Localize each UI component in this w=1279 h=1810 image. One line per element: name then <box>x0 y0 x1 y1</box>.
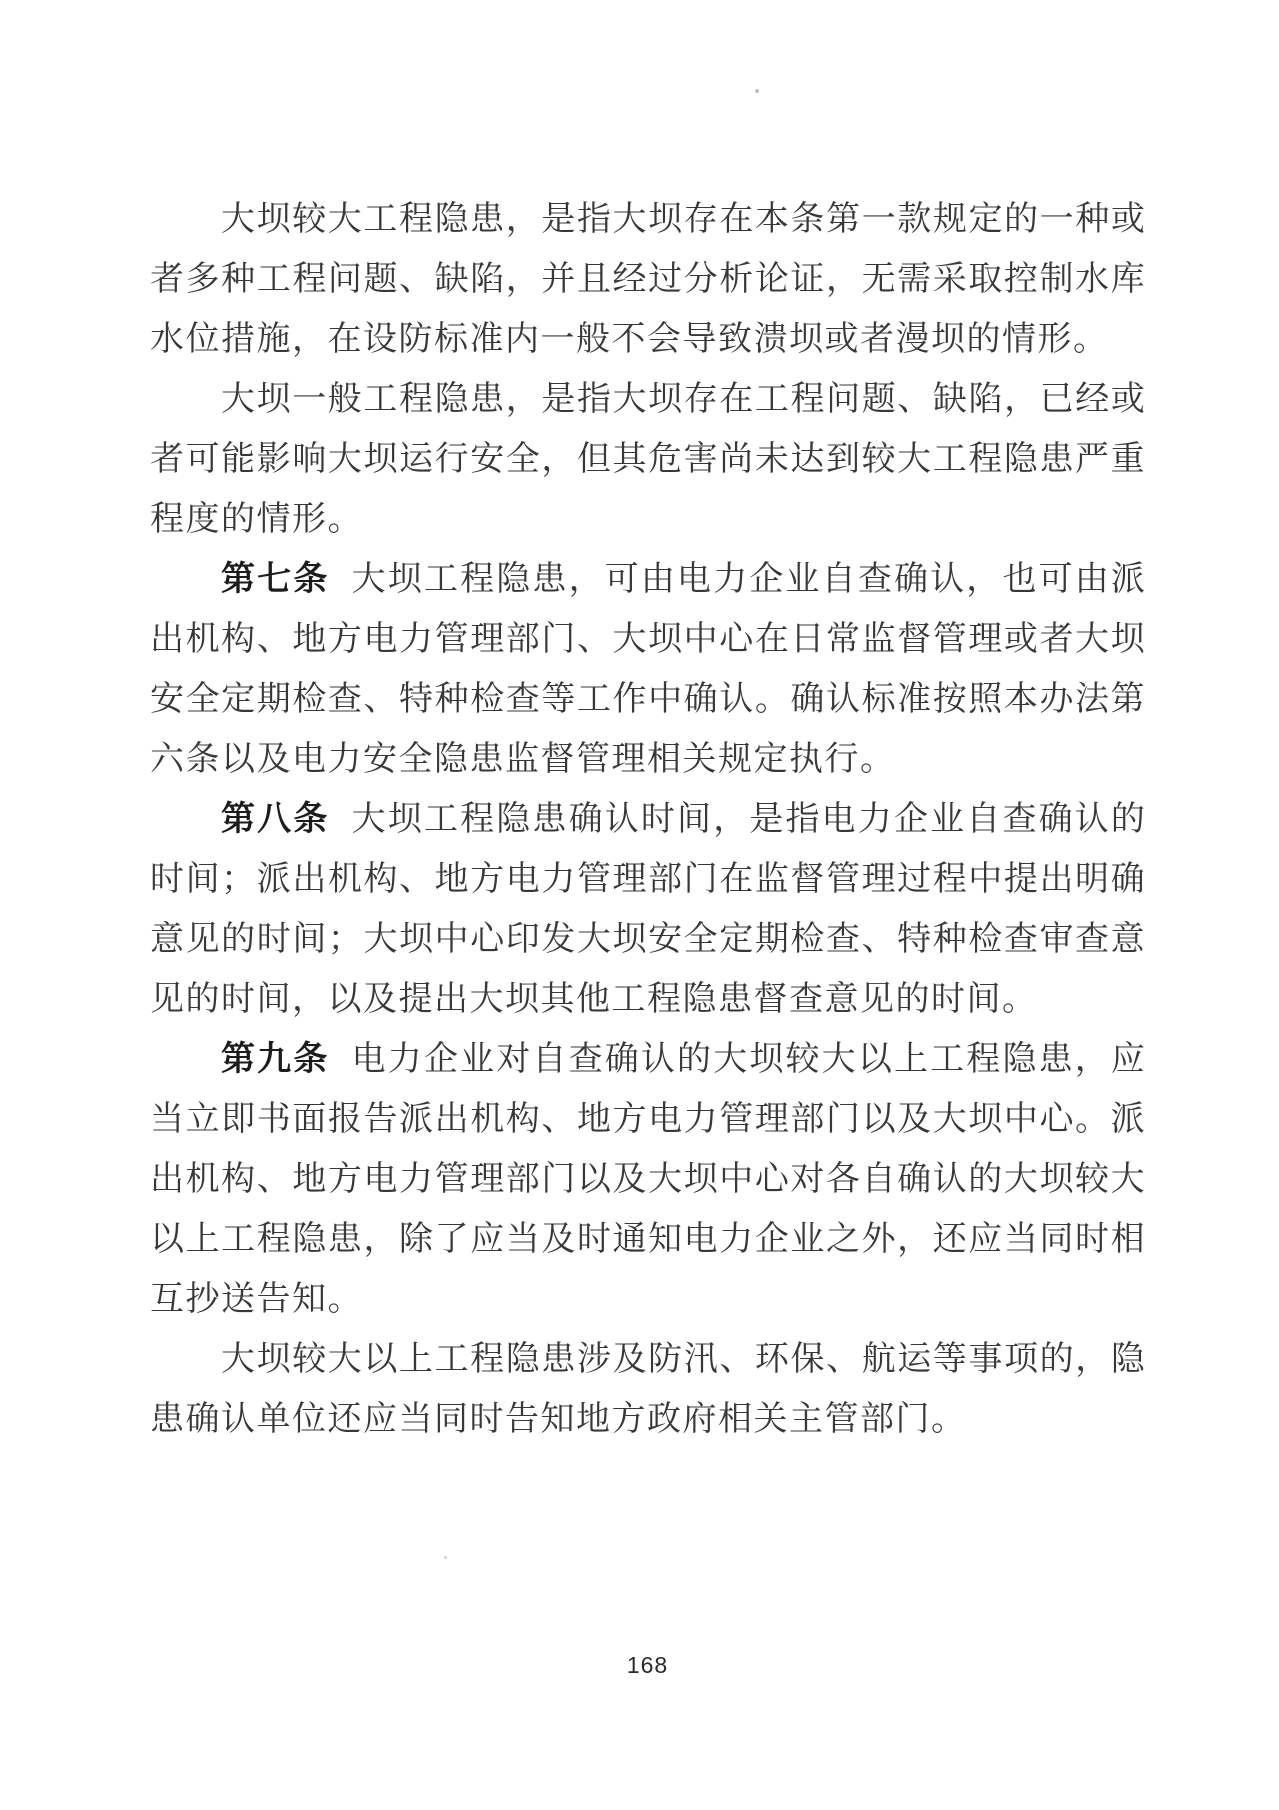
text-run: 患确认单位还应当同时告知地方政府相关主管部门。 <box>150 1391 967 1440</box>
text-char: 问 <box>826 371 860 420</box>
text-char: 中 <box>684 611 718 660</box>
text-char: 防 <box>648 1331 682 1380</box>
text-char: 理 <box>755 1091 789 1140</box>
text-char: 派 <box>1111 1091 1145 1140</box>
text-char: 企 <box>424 1031 458 1080</box>
text-char: 确 <box>1111 851 1145 900</box>
text-char: 对 <box>496 1031 530 1080</box>
text-char: 地 <box>577 1091 611 1140</box>
text-char: 查 <box>569 1031 603 1080</box>
text-char: 隐 <box>435 191 469 240</box>
text-line: 时间；派出机构、地方电力管理部门在监督管理过程中提出明确 <box>150 845 1145 905</box>
text-char: 间 <box>677 791 711 840</box>
text-char: 电 <box>648 1091 682 1140</box>
text-char: ， <box>506 371 540 420</box>
text-char: 题 <box>363 251 397 300</box>
text-char: 中 <box>1004 1091 1038 1140</box>
text-char: 各 <box>826 1151 860 1200</box>
text-line: 意见的时间；大坝中心印发大坝安全定期检查、特种检查审查意 <box>150 905 1145 965</box>
text-char: 当 <box>506 1211 540 1260</box>
text-char: 心 <box>755 1151 789 1200</box>
text-char: 企 <box>749 551 783 600</box>
text-char: 全 <box>186 671 220 720</box>
text-char: 业 <box>786 551 820 600</box>
text-char: 在 <box>719 851 753 900</box>
text-char: 确 <box>790 671 824 720</box>
text-char: 部 <box>790 1091 824 1140</box>
text-char: 能 <box>221 431 255 480</box>
text-char: 、 <box>399 251 433 300</box>
text-line: 第八条大坝工程隐患确认时间，是指电力企业自查确认的 <box>150 785 1145 845</box>
text-char: 印 <box>506 911 540 960</box>
text-char: 经 <box>613 251 647 300</box>
text-char: 查 <box>1075 911 1109 960</box>
text-char: 电 <box>822 791 856 840</box>
text-char: 查 <box>328 671 362 720</box>
text-char: 力 <box>719 1211 753 1260</box>
text-char: 论 <box>755 251 789 300</box>
text-char: 大 <box>328 191 362 240</box>
text-char: 意 <box>150 911 184 960</box>
page-number: 168 <box>150 1652 1145 1679</box>
text-char: 了 <box>435 1211 469 1260</box>
text-char: 等 <box>933 1331 967 1380</box>
text-char: 大 <box>1111 1151 1145 1200</box>
text-char: 工 <box>577 671 611 720</box>
text-char: 及 <box>897 1091 931 1140</box>
text-char: 的 <box>677 1031 711 1080</box>
text-char: 程 <box>968 431 1002 480</box>
text-char: 地 <box>292 611 326 660</box>
text-char: 构 <box>221 1151 255 1200</box>
text-char: 出 <box>292 851 326 900</box>
text-char: 以 <box>862 1091 896 1140</box>
text-char: 是 <box>541 371 575 420</box>
text-char: 认 <box>933 1151 967 1200</box>
text-char: 种 <box>221 251 255 300</box>
text-char: 并 <box>541 251 575 300</box>
text-char: 机 <box>328 851 362 900</box>
text-char: 工 <box>363 191 397 240</box>
text-char: 程 <box>257 1211 291 1260</box>
text-char: 及 <box>613 1331 647 1380</box>
text-char: ， <box>1075 1331 1109 1380</box>
text-line: 安全定期检查、特种检查等工作中确认。确认标准按照本办法第 <box>150 665 1145 725</box>
article-number-char: 七 <box>257 551 291 600</box>
text-char: 在 <box>755 611 789 660</box>
text-char: 心 <box>470 911 504 960</box>
text-char: 地 <box>435 851 469 900</box>
text-char: 期 <box>257 671 291 720</box>
text-char: 面 <box>292 1091 326 1140</box>
text-char: 由 <box>641 551 675 600</box>
text-line: 第九条电力企业对自查确认的大坝较大以上工程隐患，应 <box>150 1025 1145 1085</box>
text-char: 环 <box>755 1331 789 1380</box>
text-char: 准 <box>897 671 931 720</box>
text-char: 害 <box>684 431 718 480</box>
text-char: 或 <box>1111 371 1145 420</box>
text-char: 派 <box>399 1091 433 1140</box>
text-char: 达 <box>790 431 824 480</box>
text-char: 派 <box>1111 551 1145 600</box>
text-char: 确 <box>605 1031 639 1080</box>
text-char: 指 <box>786 791 820 840</box>
text-line: 当立即书面报告派出机构、地方电力管理部门以及大坝中心。派 <box>150 1085 1145 1145</box>
text-char: 陷 <box>968 371 1002 420</box>
text-char: 分 <box>684 251 718 300</box>
text-char: 认 <box>641 1031 675 1080</box>
text-char: ； <box>221 851 255 900</box>
text-char: 需 <box>897 251 931 300</box>
text-char: 应 <box>470 1211 504 1260</box>
text-char: 间 <box>292 911 326 960</box>
text-char: 种 <box>1075 191 1109 240</box>
text-char: 危 <box>648 431 682 480</box>
text-char: 期 <box>755 911 789 960</box>
text-char: 时 <box>641 791 675 840</box>
text-char: 见 <box>186 911 220 960</box>
text-char: 的 <box>1004 191 1038 240</box>
text-char: 一 <box>292 371 326 420</box>
text-char: ， <box>1004 371 1038 420</box>
text-line: 水位措施，在设防标准内一般不会导致溃坝或者漫坝的情形。 <box>150 305 1145 365</box>
text-char: 确 <box>684 671 718 720</box>
text-char: 的 <box>221 911 255 960</box>
text-char: 提 <box>1004 851 1038 900</box>
text-char: 证 <box>790 251 824 300</box>
text-char: 监 <box>755 851 789 900</box>
text-char: 工 <box>933 431 967 480</box>
text-char: 运 <box>399 431 433 480</box>
text-run: 互抄送告知。 <box>150 1271 363 1320</box>
text-char: 派 <box>257 851 291 900</box>
text-char: 门 <box>684 851 718 900</box>
text-char: ， <box>826 251 860 300</box>
text-char: 知 <box>648 1211 682 1260</box>
text-char: 大 <box>352 791 386 840</box>
text-char: 以 <box>577 1151 611 1200</box>
text-char: 、 <box>541 1091 575 1140</box>
text-char: 业 <box>930 791 964 840</box>
text-char: 坝 <box>257 191 291 240</box>
text-line: 六条以及电力安全隐患监督管理相关规定执行。 <box>150 725 1145 785</box>
text-char: 力 <box>684 1091 718 1140</box>
text-char: 认 <box>1075 791 1109 840</box>
text-char: ； <box>328 911 362 960</box>
text-char: 按 <box>933 671 967 720</box>
text-char: 通 <box>613 1211 647 1260</box>
text-char: 或 <box>1111 191 1145 240</box>
text-char: 项 <box>1004 1331 1038 1380</box>
text-char: 、 <box>257 611 291 660</box>
text-char: 程 <box>460 791 494 840</box>
text-line: 者多种工程问题、缺陷，并且经过分析论证，无需采取控制水库 <box>150 245 1145 305</box>
text-char: 查 <box>858 551 892 600</box>
text-char: 。 <box>755 671 789 720</box>
scan-speck <box>444 1556 447 1559</box>
text-char: 尚 <box>719 431 753 480</box>
text-char: 未 <box>755 431 789 480</box>
text-char: 确 <box>569 791 603 840</box>
text-char: 构 <box>506 1091 540 1140</box>
text-char: 方 <box>613 1091 647 1140</box>
text-char: 患 <box>1039 1031 1073 1080</box>
text-char: 大 <box>613 191 647 240</box>
text-line: 第七条大坝工程隐患，可由电力企业自查确认，也可由派 <box>150 545 1145 605</box>
text-char: 书 <box>257 1091 291 1140</box>
text-char: 企 <box>755 1211 789 1260</box>
text-char: 般 <box>328 371 362 420</box>
text-char: 患 <box>541 1331 575 1380</box>
text-char: 当 <box>150 1091 184 1140</box>
text-char: 、 <box>257 1151 291 1200</box>
text-char: 可 <box>605 551 639 600</box>
text-char: 外 <box>862 1211 896 1260</box>
text-char: 理 <box>470 1151 504 1200</box>
text-char: 办 <box>1039 671 1073 720</box>
text-char: 上 <box>399 1331 433 1380</box>
text-char: 自 <box>966 791 1000 840</box>
text-char: 、 <box>363 671 397 720</box>
text-char: 电 <box>363 1151 397 1200</box>
scan-speck <box>755 89 759 93</box>
text-char: 定 <box>968 191 1002 240</box>
text-char: 程 <box>470 1331 504 1380</box>
text-char: 析 <box>719 251 753 300</box>
text-char: 较 <box>786 1031 820 1080</box>
text-char: 特 <box>399 671 433 720</box>
text-char: 大 <box>713 1031 747 1080</box>
text-char: 坝 <box>257 1331 291 1380</box>
text-char: 坝 <box>1039 1151 1073 1200</box>
text-char: 及 <box>613 1151 647 1200</box>
text-char: 大 <box>221 1331 255 1380</box>
text-char: 大 <box>363 911 397 960</box>
text-char: 大 <box>352 551 386 600</box>
text-char: 大 <box>933 1091 967 1140</box>
text-char: 。 <box>1075 1091 1109 1140</box>
text-char: 患 <box>532 551 566 600</box>
text-char: 工 <box>435 1331 469 1380</box>
text-char: 机 <box>470 1091 504 1140</box>
text-char: 大 <box>1004 1151 1038 1200</box>
text-char: 者 <box>1039 611 1073 660</box>
text-char: 立 <box>186 1091 220 1140</box>
text-char: 坝 <box>257 371 291 420</box>
text-char: 企 <box>894 791 928 840</box>
text-char: 检 <box>790 911 824 960</box>
text-char: 已 <box>1040 371 1074 420</box>
text-char: 过 <box>897 851 931 900</box>
text-char: ， <box>897 1211 931 1260</box>
text-char: 间 <box>186 851 220 900</box>
text-char: 隐 <box>506 1331 540 1380</box>
article-number-char: 八 <box>257 791 291 840</box>
text-char: 航 <box>862 1331 896 1380</box>
text-char: 患 <box>1039 431 1073 480</box>
text-line: 者可能影响大坝运行安全，但其危害尚未达到较大工程隐患严重 <box>150 425 1145 485</box>
text-char: 严 <box>1075 431 1109 480</box>
text-char: 确 <box>1039 791 1073 840</box>
text-char: 第 <box>1111 671 1145 720</box>
article-number-char: 条 <box>293 1031 327 1080</box>
text-char: 力 <box>388 1031 422 1080</box>
text-char: 隐 <box>435 371 469 420</box>
text-char: 认 <box>719 671 753 720</box>
text-char: 大 <box>613 611 647 660</box>
text-char: 坝 <box>399 911 433 960</box>
text-char: 条 <box>791 191 825 240</box>
text-char: 认 <box>930 551 964 600</box>
text-char: 全 <box>506 431 540 480</box>
text-char: 坝 <box>363 431 397 480</box>
text-char: 心 <box>1039 1091 1073 1140</box>
text-char: 管 <box>933 611 967 660</box>
text-char: 查 <box>1002 791 1036 840</box>
text-char: 照 <box>968 671 1002 720</box>
text-char: 大 <box>328 431 362 480</box>
text-char: 检 <box>470 671 504 720</box>
text-char: 但 <box>577 431 611 480</box>
text-char: 电 <box>506 851 540 900</box>
text-char: 中 <box>719 1151 753 1200</box>
text-char: 发 <box>541 911 575 960</box>
text-char: 机 <box>186 611 220 660</box>
text-char: 监 <box>862 611 896 660</box>
text-char: 库 <box>1111 251 1145 300</box>
document-lines: 大坝较大工程隐患，是指大坝存在本条第一款规定的一种或者多种工程问题、缺陷，并且经… <box>150 185 1145 1445</box>
text-char: 较 <box>292 1331 326 1380</box>
text-char: 大 <box>897 431 931 480</box>
text-char: 自 <box>862 1151 896 1200</box>
text-line: 互抄送告知。 <box>150 1265 1145 1325</box>
text-char: ， <box>506 191 540 240</box>
text-char: ， <box>966 551 1000 600</box>
text-char: 大 <box>328 1331 362 1380</box>
text-char: 坝 <box>1111 611 1145 660</box>
text-char: 工 <box>221 1211 255 1260</box>
text-char: 中 <box>648 671 682 720</box>
text-char: 对 <box>790 1151 824 1200</box>
text-char: 报 <box>328 1091 362 1140</box>
text-char: 定 <box>719 911 753 960</box>
text-char: 意 <box>1111 911 1145 960</box>
text-char: 由 <box>1075 551 1109 600</box>
text-char: ， <box>569 551 603 600</box>
text-char: 业 <box>790 1211 824 1260</box>
text-char: 常 <box>826 611 860 660</box>
text-char: 隐 <box>1111 1331 1145 1380</box>
text-char: 、 <box>826 1331 860 1380</box>
text-char: 隐 <box>292 1211 326 1260</box>
text-char: 的 <box>1040 1331 1074 1380</box>
text-char: 管 <box>719 1091 753 1140</box>
text-char: 日 <box>790 611 824 660</box>
text-char: 工 <box>424 551 458 600</box>
text-line: 大坝较大以上工程隐患涉及防汛、环保、航运等事项的，隐 <box>150 1325 1145 1385</box>
text-char: 程 <box>292 251 326 300</box>
text-char: 较 <box>862 431 896 480</box>
text-char: 理 <box>862 851 896 900</box>
text-char: 之 <box>826 1211 860 1260</box>
text-line: 程度的情形。 <box>150 485 1145 545</box>
text-line: 出机构、地方电力管理部门、大坝中心在日常监督管理或者大坝 <box>150 605 1145 665</box>
text-char: 重 <box>1111 431 1145 480</box>
text-char: 自 <box>822 551 856 600</box>
text-char: 程 <box>460 551 494 600</box>
text-char: 较 <box>292 191 326 240</box>
text-char: 可 <box>1039 551 1073 600</box>
text-char: 时 <box>577 1211 611 1260</box>
text-char: 还 <box>933 1211 967 1260</box>
text-char: ， <box>713 791 747 840</box>
text-char: 机 <box>186 1151 220 1200</box>
text-char: 坝 <box>388 791 422 840</box>
text-char: ， <box>363 1211 397 1260</box>
text-char: 第 <box>826 191 860 240</box>
text-char: 坝 <box>388 551 422 600</box>
text-char: 业 <box>460 1031 494 1080</box>
text-char: 标 <box>862 671 896 720</box>
text-char: 影 <box>257 431 291 480</box>
text-line: 大坝较大工程隐患，是指大坝存在本条第一款规定的一种或 <box>150 185 1145 245</box>
text-char: 、 <box>399 851 433 900</box>
text-char: 控 <box>1004 251 1038 300</box>
text-char: 电 <box>363 611 397 660</box>
text-char: 坝 <box>648 191 682 240</box>
text-char: 检 <box>968 911 1002 960</box>
text-char: 法 <box>1075 671 1109 720</box>
text-char: 本 <box>1004 671 1038 720</box>
text-char: 作 <box>613 671 647 720</box>
text-char: 力 <box>713 551 747 600</box>
text-char: 其 <box>613 431 647 480</box>
text-char: 隐 <box>1004 431 1038 480</box>
text-char: 水 <box>1075 251 1109 300</box>
text-char: 明 <box>1075 851 1109 900</box>
text-char: 电 <box>684 1211 718 1260</box>
text-char: ， <box>541 431 575 480</box>
text-char: 坝 <box>684 1151 718 1200</box>
text-char: 认 <box>826 671 860 720</box>
text-char: 种 <box>933 911 967 960</box>
text-char: 上 <box>186 1211 220 1260</box>
text-char: 较 <box>1075 1151 1109 1200</box>
text-char: 运 <box>897 1331 931 1380</box>
text-char: 工 <box>755 371 789 420</box>
text-char: 部 <box>506 611 540 660</box>
text-char: 时 <box>150 851 184 900</box>
text-char: 查 <box>506 671 540 720</box>
text-run: 程度的情形。 <box>150 491 363 540</box>
text-char: 者 <box>150 251 184 300</box>
text-char: 即 <box>221 1091 255 1140</box>
text-char: 坝 <box>968 1091 1002 1140</box>
text-char: 出 <box>150 611 184 660</box>
text-char: 经 <box>1075 371 1109 420</box>
text-char: 过 <box>648 251 682 300</box>
text-char: 理 <box>613 851 647 900</box>
text-char: 存 <box>684 191 718 240</box>
text-char: 督 <box>897 611 931 660</box>
text-char: 种 <box>435 671 469 720</box>
text-char: 中 <box>435 911 469 960</box>
text-char: 可 <box>186 431 220 480</box>
text-char: 认 <box>605 791 639 840</box>
text-char: 方 <box>328 1151 362 1200</box>
text-char: 也 <box>1002 551 1036 600</box>
text-char: 隐 <box>1002 1031 1036 1080</box>
